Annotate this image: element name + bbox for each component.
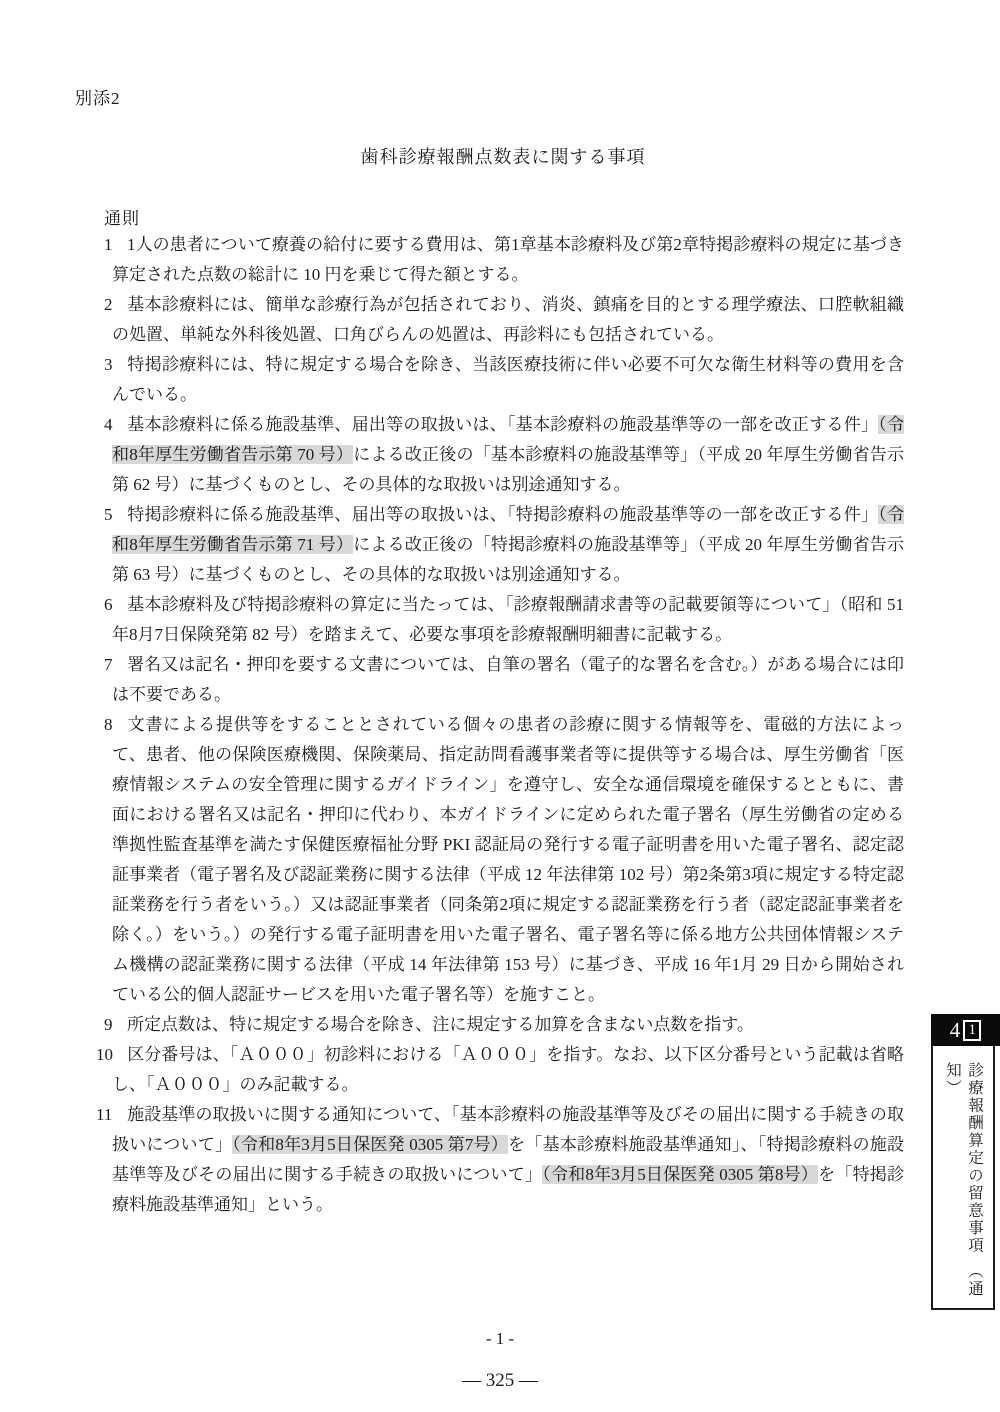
page-title: 歯科診療報酬点数表に関する事項: [104, 143, 902, 169]
item-number: 6: [104, 590, 127, 620]
text-segment: 特掲診療料には、特に規定する場合を除き、当該医療技術に伴い必要不可欠な衛生材料等…: [112, 355, 904, 404]
document-page: 別添2 歯科診療報酬点数表に関する事項 通則 11人の患者について療養の給付に要…: [0, 0, 1000, 1412]
highlighted-reference: （令和8年3月5日保医発 0305 第8号）: [542, 1165, 818, 1184]
text-segment: 署名又は記名・押印を要する文書については、自筆の署名（電子的な署名を含む。）があ…: [112, 655, 904, 704]
attachment-label: 別添2: [75, 84, 121, 109]
tab-badge: 4 1: [931, 1014, 1000, 1046]
text-segment: 基本診療料には、簡単な診療行為が包括されており、消炎、鎮痛を目的とする理学療法、…: [112, 295, 904, 344]
item-text: 所定点数は、特に規定する場合を除き、注に規定する加算を含まない点数を指す。: [127, 1015, 754, 1034]
item-number: 5: [104, 500, 127, 530]
item-text: 1人の患者について療養の給付に要する費用は、第1章基本診療料及び第2章特掲診療料…: [112, 235, 904, 284]
list-item: 5特掲診療料に係る施設基準、届出等の取扱いは、「特掲診療料の施設基準等の一部を改…: [112, 500, 904, 590]
item-number: 3: [104, 350, 127, 380]
inner-page-number: - 1 -: [0, 1329, 1000, 1349]
list-item: 3特掲診療料には、特に規定する場合を除き、当該医療技術に伴い必要不可欠な衛生材料…: [112, 350, 904, 410]
item-text: 文書による提供等をすることとされている個々の患者の診療に関する情報等を、電磁的方…: [112, 715, 904, 1004]
item-text: 署名又は記名・押印を要する文書については、自筆の署名（電子的な署名を含む。）があ…: [112, 655, 904, 704]
tab-label-main: 診療報酬算定の留意事項: [966, 1062, 983, 1255]
list-item: 11人の患者について療養の給付に要する費用は、第1章基本診療料及び第2章特掲診療…: [112, 230, 904, 290]
item-number: 9: [104, 1010, 127, 1040]
list-item: 10区分番号は、「Ａ０００」初診料における「Ａ０００」を指す。なお、以下区分番号…: [112, 1040, 904, 1100]
text-segment: 基本診療料及び特掲診療料の算定に当たっては、「診療報酬請求書等の記載要領等につい…: [112, 595, 904, 644]
item-text: 基本診療料に係る施設基準、届出等の取扱いは、「基本診療料の施設基準等の一部を改正…: [112, 415, 904, 494]
book-page-number: — 325 —: [0, 1370, 1000, 1392]
section-heading: 通則: [104, 204, 140, 229]
item-number: 10: [96, 1040, 127, 1070]
item-number: 7: [104, 650, 127, 680]
item-text: 特掲診療料には、特に規定する場合を除き、当該医療技術に伴い必要不可欠な衛生材料等…: [112, 355, 904, 404]
tab-label: 診療報酬算定の留意事項（通知）: [941, 1062, 985, 1308]
text-segment: 特掲診療料に係る施設基準、届出等の取扱いは、「特掲診療料の施設基準等の一部を改正…: [127, 505, 878, 524]
text-segment: 区分番号は、「Ａ０００」初診料における「Ａ０００」を指す。なお、以下区分番号とい…: [112, 1045, 904, 1094]
text-segment: 所定点数は、特に規定する場合を除き、注に規定する加算を含まない点数を指す。: [127, 1015, 754, 1034]
list-item: 6基本診療料及び特掲診療料の算定に当たっては、「診療報酬請求書等の記載要領等につ…: [112, 590, 904, 650]
section-index-tab: 4 1 診療報酬算定の留意事項（通知）: [931, 1014, 1000, 1310]
item-number: 1: [104, 230, 127, 260]
list-item: 9所定点数は、特に規定する場合を除き、注に規定する加算を含まない点数を指す。: [112, 1010, 904, 1040]
text-segment: 基本診療料に係る施設基準、届出等の取扱いは、「基本診療料の施設基準等の一部を改正…: [127, 415, 878, 434]
tab-badge-boxed-number: 1: [963, 1020, 981, 1041]
item-text: 基本診療料及び特掲診療料の算定に当たっては、「診療報酬請求書等の記載要領等につい…: [112, 595, 904, 644]
list-item: 8文書による提供等をすることとされている個々の患者の診療に関する情報等を、電磁的…: [112, 710, 904, 1010]
highlighted-reference: （令和8年3月5日保医発 0305 第7号）: [232, 1135, 508, 1154]
text-segment: 1人の患者について療養の給付に要する費用は、第1章基本診療料及び第2章特掲診療料…: [112, 235, 904, 284]
item-text: 施設基準の取扱いに関する通知について、「基本診療料の施設基準等及びその届出に関す…: [112, 1105, 904, 1214]
tab-label-box: 診療報酬算定の留意事項（通知）: [931, 1046, 995, 1310]
text-segment: 文書による提供等をすることとされている個々の患者の診療に関する情報等を、電磁的方…: [112, 715, 904, 1004]
list-item: 7署名又は記名・押印を要する文書については、自筆の署名（電子的な署名を含む。）が…: [112, 650, 904, 710]
tab-badge-number: 4: [950, 1018, 961, 1043]
item-text: 特掲診療料に係る施設基準、届出等の取扱いは、「特掲診療料の施設基準等の一部を改正…: [112, 505, 904, 584]
list-item: 2基本診療料には、簡単な診療行為が包括されており、消炎、鎮痛を目的とする理学療法…: [112, 290, 904, 350]
item-text: 基本診療料には、簡単な診療行為が包括されており、消炎、鎮痛を目的とする理学療法、…: [112, 295, 904, 344]
provisions-list: 11人の患者について療養の給付に要する費用は、第1章基本診療料及び第2章特掲診療…: [112, 230, 904, 1220]
item-number: 4: [104, 410, 127, 440]
item-number: 8: [104, 710, 127, 740]
list-item: 4基本診療料に係る施設基準、届出等の取扱いは、「基本診療料の施設基準等の一部を改…: [112, 410, 904, 500]
item-number: 11: [96, 1100, 127, 1130]
item-number: 2: [104, 290, 127, 320]
item-text: 区分番号は、「Ａ０００」初診料における「Ａ０００」を指す。なお、以下区分番号とい…: [112, 1045, 904, 1094]
list-item: 11施設基準の取扱いに関する通知について、「基本診療料の施設基準等及びその届出に…: [112, 1100, 904, 1220]
